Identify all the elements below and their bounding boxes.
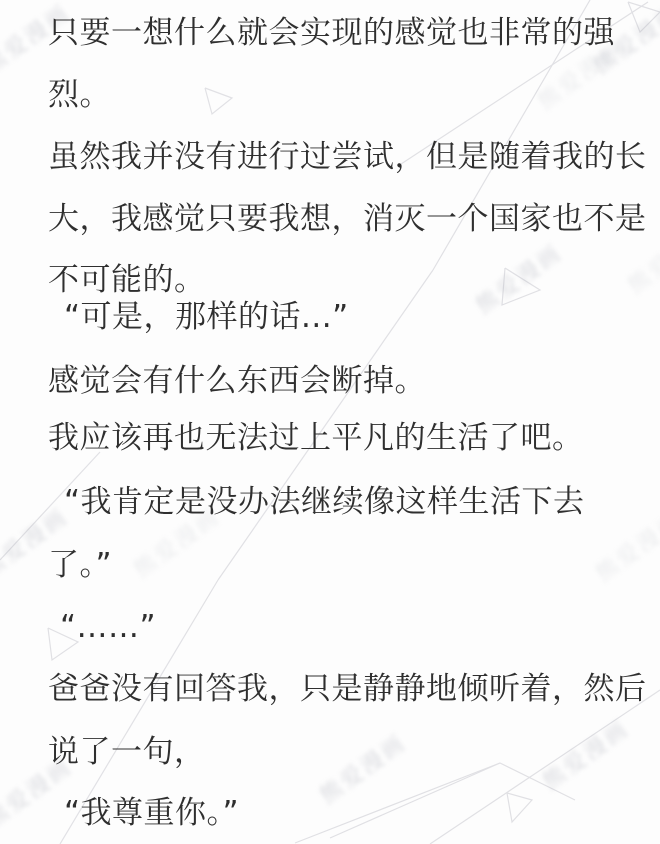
text-line: 爸爸没有回答我，只是静静地倾听着，然后 <box>48 672 647 706</box>
watermark-text: 熊爱漫画 <box>469 236 568 320</box>
text-line: 烈。 <box>48 78 111 112</box>
text-line: 不可能的。 <box>48 263 206 297</box>
watermark-text: 熊爱漫画 <box>589 504 660 588</box>
text-line: 感觉会有什么东西会断掉。 <box>48 364 426 398</box>
text-line: 说了一句， <box>48 735 206 769</box>
watermark-text: 熊爱漫画 <box>313 726 412 810</box>
text-line-dialogue: “……” <box>60 610 156 644</box>
paper-plane-icon <box>205 88 232 114</box>
reader-page: 熊爱漫画 熊爱漫画 熊爱漫画 熊爱漫画 熊爱漫画 熊爱漫画 熊爱漫画 熊爱漫画 … <box>0 0 660 844</box>
paper-plane-icon <box>507 793 532 822</box>
text-line: 只要一想什么就会实现的感觉也非常的强 <box>48 16 615 50</box>
text-line-dialogue: “我尊重你。” <box>64 796 239 830</box>
text-line: 虽然我并没有进行过尝试，但是随着我的长 <box>48 140 647 174</box>
text-line-dialogue: 了。” <box>48 548 112 582</box>
text-line-dialogue: “可是，那样的话...” <box>64 300 349 334</box>
text-line: 我应该再也无法过上平凡的生活了吧。 <box>48 421 584 455</box>
text-line: 大，我感觉只要我想，消灭一个国家也不是 <box>48 202 647 236</box>
watermark-text: 熊爱漫画 <box>536 712 635 796</box>
text-line-dialogue: “我肯定是没办法继续像这样生活下去 <box>64 485 585 519</box>
